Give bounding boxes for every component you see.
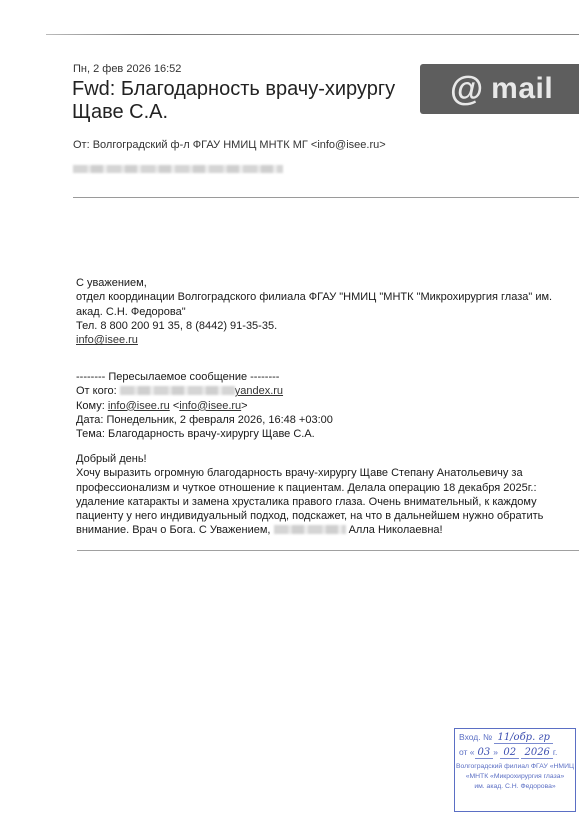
stamp-year-suffix: г. (553, 747, 557, 757)
signature-department: отдел координации Волгоградского филиала… (76, 290, 576, 319)
stamp-year: 2026 (521, 747, 552, 759)
redacted-recipient (73, 165, 283, 173)
at-sign-icon: @ (450, 72, 483, 106)
forward-subject: Тема: Благодарность врачу-хирургу Щаве С… (76, 427, 496, 441)
signature-greeting: С уважением, (76, 276, 576, 290)
redacted-surname (274, 525, 346, 534)
forward-to-link[interactable]: info@isee.ru (108, 400, 170, 412)
stamp-incoming-number: 11/обр. гр (494, 732, 552, 744)
email-subject: Fwd: Благодарность врачу-хирургу Щаве С.… (72, 78, 402, 124)
header-divider (73, 197, 579, 198)
stamp-month: 02 (500, 747, 519, 759)
forward-to: Кому: info@isee.ru <info@isee.ru> (76, 399, 496, 413)
signature-block: С уважением, отдел координации Волгоград… (76, 276, 576, 347)
stamp-org-line3: им. акад. С.Н. Федорова» (455, 782, 575, 792)
bottom-divider (77, 550, 579, 551)
message-body: Добрый день! Хочу выразить огромную благ… (76, 452, 576, 538)
stamp-from-label: от « (459, 747, 475, 757)
stamp-org-line2: «МНТК «Микрохирургия глаза» (455, 772, 575, 782)
redacted-sender (120, 386, 235, 395)
forward-separator: -------- Пересылаемое сообщение -------- (76, 370, 496, 384)
logo-wordmark: mail (491, 74, 553, 104)
message-greeting: Добрый день! (76, 452, 576, 466)
forward-from-label: От кого: (76, 385, 117, 397)
signature-email-link[interactable]: info@isee.ru (76, 334, 138, 346)
mail-ru-logo: @ mail (420, 64, 579, 114)
forward-from: От кого: yandex.ru (76, 384, 496, 398)
stamp-incoming-label: Вход. № (459, 732, 492, 742)
signature-phone: Тел. 8 800 200 91 35, 8 (8442) 91-35-35. (76, 319, 576, 333)
email-from: От: Волгоградский ф-л ФГАУ НМИЦ МНТК МГ … (73, 139, 386, 151)
forward-from-link[interactable]: yandex.ru (235, 385, 283, 397)
forwarded-headers: -------- Пересылаемое сообщение --------… (76, 370, 496, 441)
message-signoff: Алла Николаевна! (349, 524, 443, 536)
forward-to-angle-link[interactable]: info@isee.ru (179, 400, 241, 412)
forward-to-label: Кому: (76, 400, 105, 412)
stamp-day: 03 (475, 747, 494, 759)
stamp-org-line1: Волгоградский филиал ФГАУ «НМИЦ (455, 762, 575, 772)
registration-stamp: Вход. № 11/обр. гр от « 03» 02 2026 г. В… (454, 728, 576, 812)
forward-date: Дата: Понедельник, 2 февраля 2026, 16:48… (76, 413, 496, 427)
top-divider (46, 34, 579, 35)
email-date: Пн, 2 фев 2026 16:52 (73, 63, 181, 75)
